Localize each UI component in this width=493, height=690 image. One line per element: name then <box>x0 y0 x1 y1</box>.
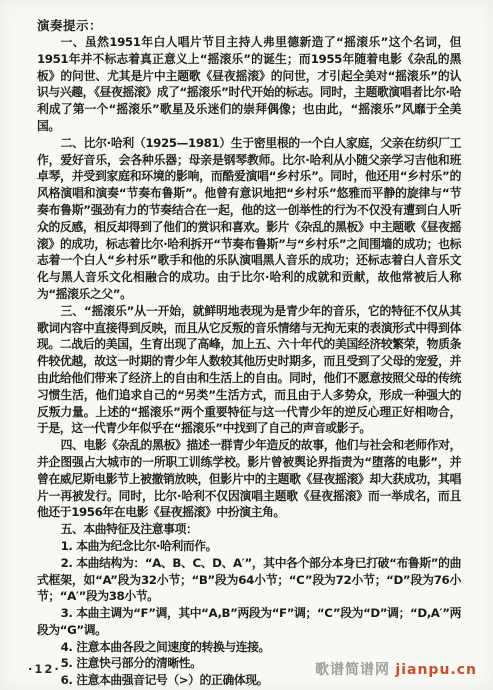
page-content: 演奏提示： 一、虽然1951年白人唱片节目主持人弗里德新造了“摇滚乐”这个名词，… <box>37 17 461 689</box>
watermark-site-name: 歌谱简谱网 <box>315 662 390 678</box>
paragraph-3-youth-music: 三、“摇滚乐”从一开始，就鲜明地表现为是青少年的音乐，它的特征不仅从其歌词内容中… <box>37 303 461 437</box>
list-item-1: 1. 本曲为纪念比尔·哈利而作。 <box>37 538 461 555</box>
scanned-book-page: 演奏提示： 一、虽然1951年白人唱片节目主持人弗里德新造了“摇滚乐”这个名词，… <box>0 0 493 690</box>
list-item-3: 3. 本曲主调为“F”调，其中“A,B”两段为“F”调；“C”段为“D”调；“D… <box>37 605 461 639</box>
paragraph-4-blackboard-jungle-film: 四、电影《杂乱的黑板》描述一群青少年造反的故事，他们与社会和老师作对，并企图强占… <box>37 437 461 521</box>
page-number: ·12· <box>28 662 61 676</box>
list-item-2: 2. 本曲结构为：“A、B、C、D、A′”，其中各个部分本身已打破“布鲁斯”的曲… <box>37 555 461 605</box>
list-item-4: 4. 注意本曲各段之间速度的转换与连接。 <box>37 639 461 656</box>
section-heading-performance-tips: 演奏提示： <box>37 17 461 34</box>
paragraph-1-rock-and-roll-origin: 一、虽然1951年白人唱片节目主持人弗里德新造了“摇滚乐”这个名词，但1951年… <box>37 34 461 135</box>
section-title-notes: 五、本曲特征及注意事项： <box>37 521 461 538</box>
paragraph-2-bill-haley-bio: 二、比尔·哈利（1925—1981）生于密里根的一个白人家庭，父亲在纺织厂工作，… <box>37 135 461 303</box>
watermark-site-domain: jianpu.cn <box>395 662 477 678</box>
site-watermark: 歌谱简谱网 jianpu.cn <box>315 659 477 679</box>
